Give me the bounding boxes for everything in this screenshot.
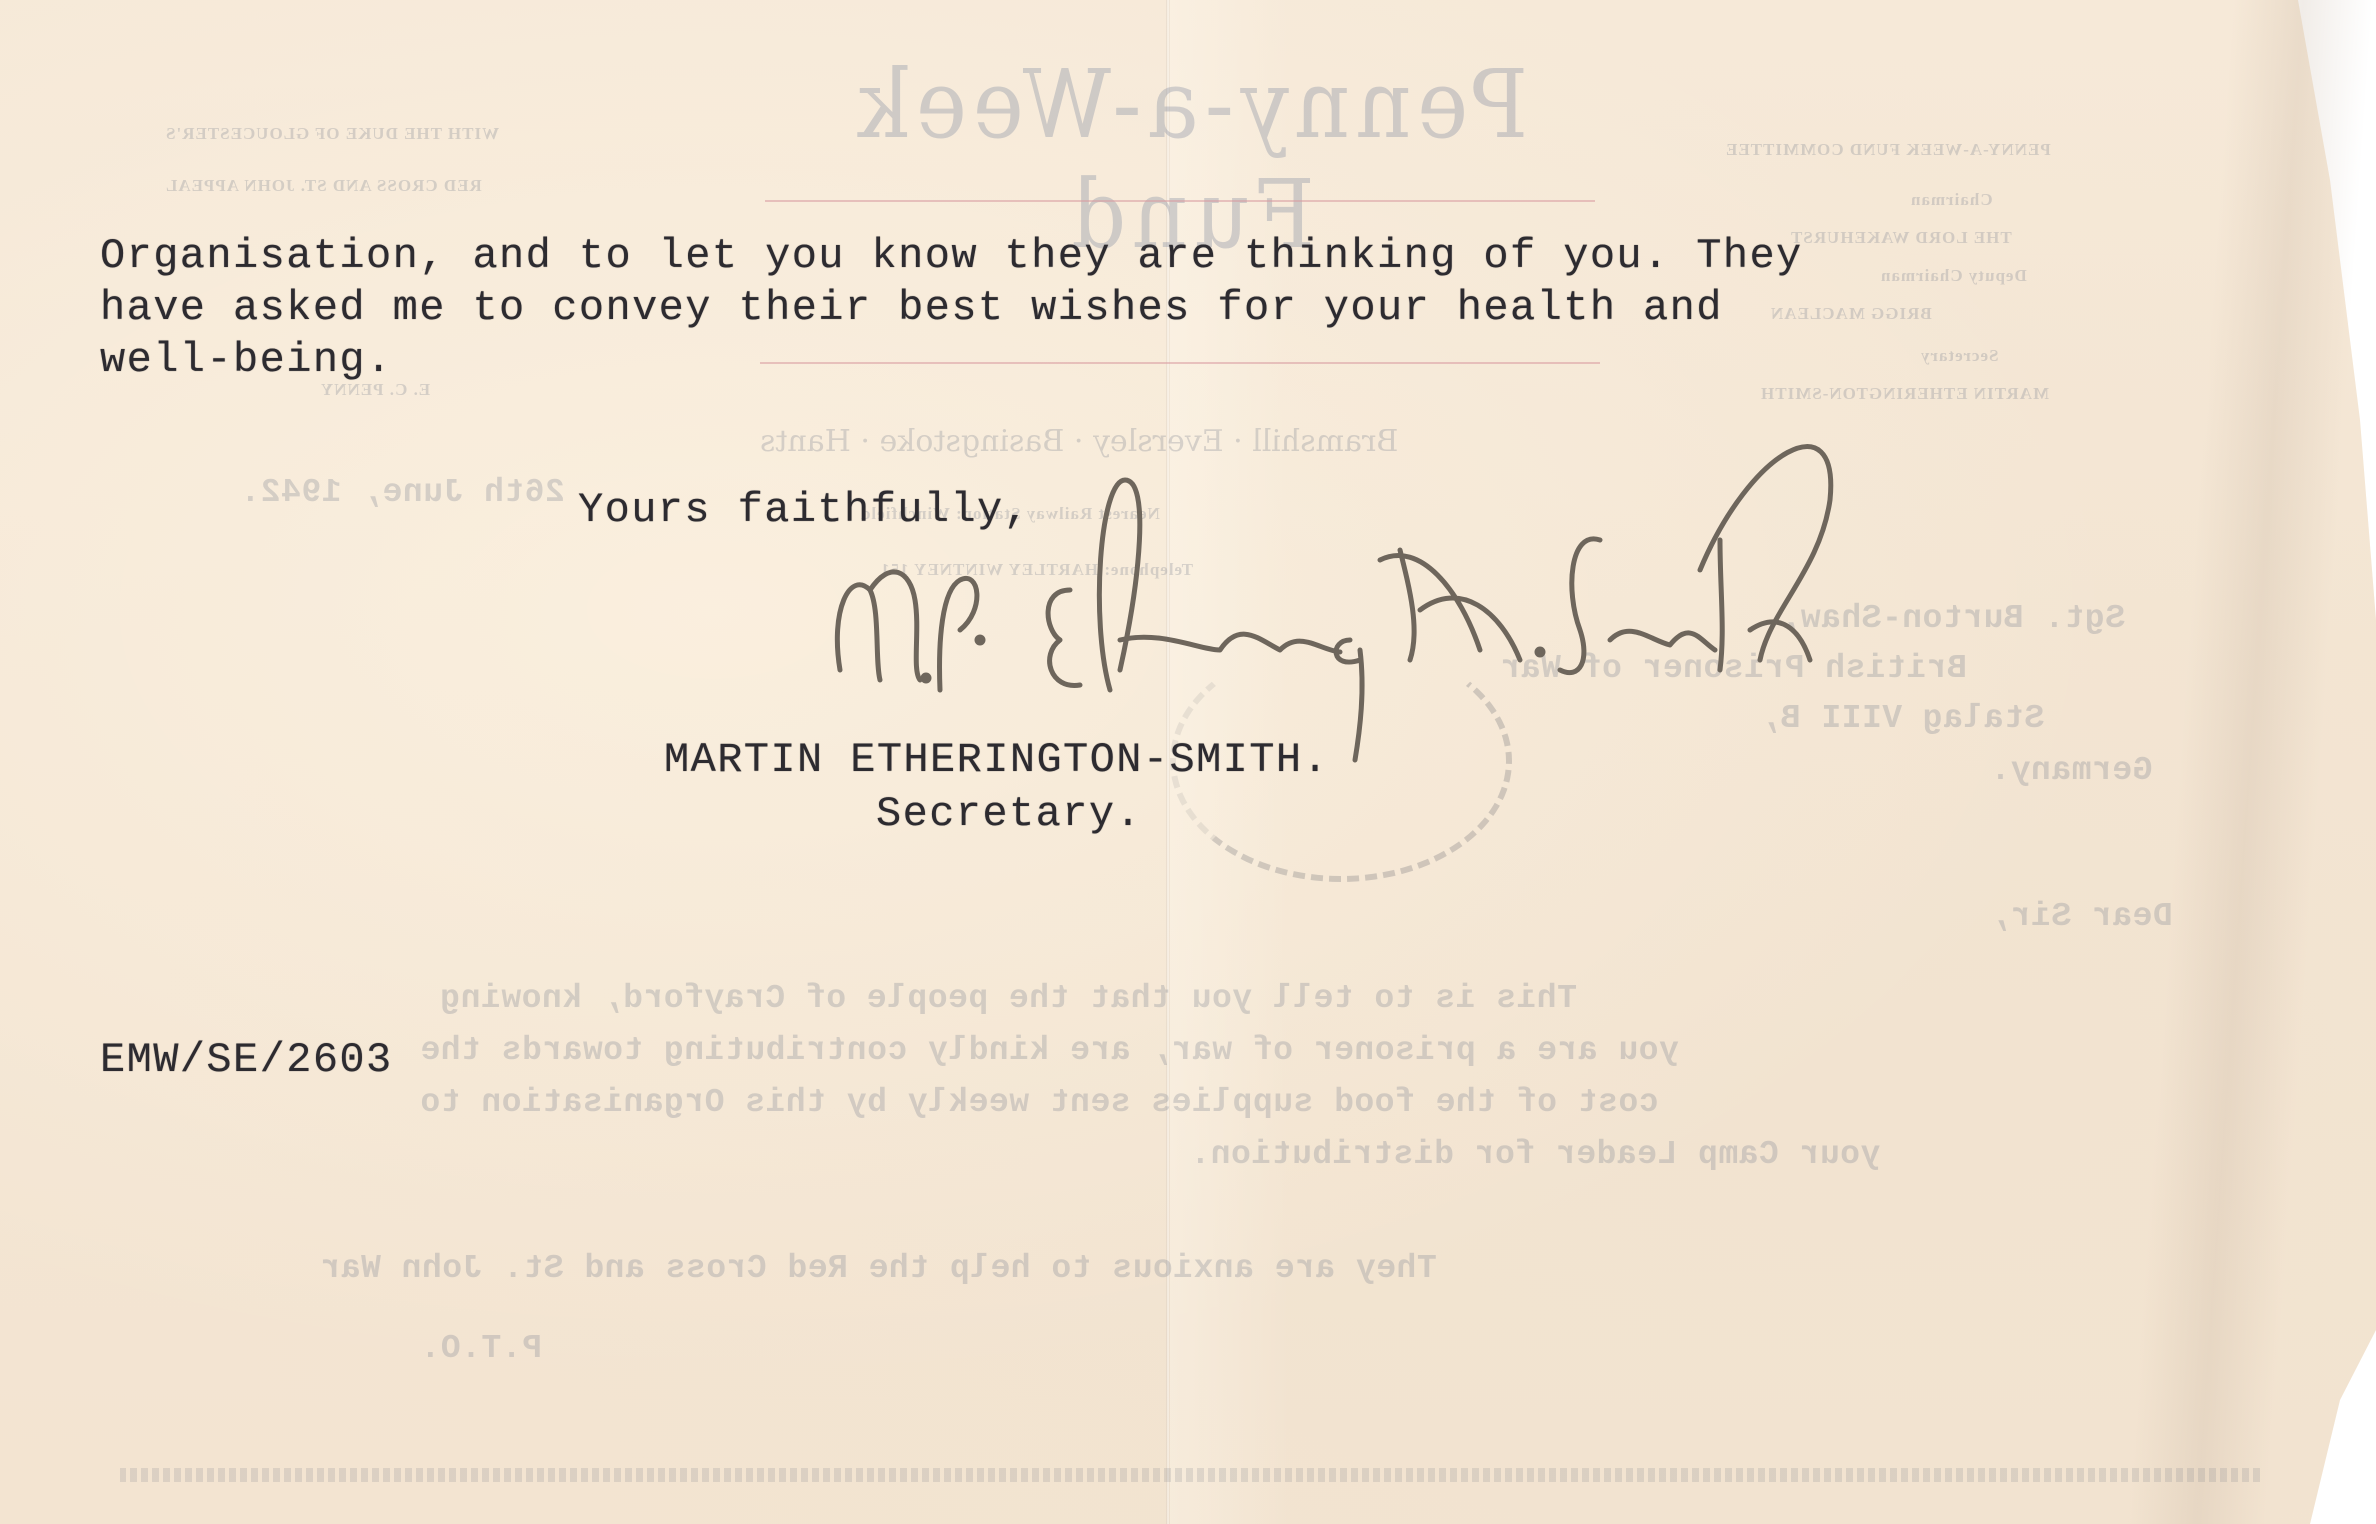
letterhead-left-line-1: WITH THE DUKE OF GLOUCESTER'S: [165, 124, 499, 144]
signatory-title: Secretary.: [876, 790, 1142, 838]
letterhead-right-line-7: MARTIN ETHERINGTON-SMITH: [1760, 384, 2049, 404]
letterhead-left-line-2: RED CROSS AND ST. JOHN APPEAL: [165, 176, 482, 196]
showthrough-salutation: Dear Sir,: [1990, 898, 2173, 935]
showthrough-body-line-5: They are anxious to help the Red Cross a…: [320, 1250, 1437, 1287]
signatory-name: MARTIN ETHERINGTON-SMITH.: [664, 736, 1329, 784]
body-line-1: Organisation, and to let you know they a…: [100, 232, 1803, 280]
letterhead-right-line-3: THE LORD WAKEHURST: [1790, 228, 2012, 248]
letter-date-showthrough: 26th June, 1942.: [240, 474, 565, 511]
showthrough-body-line-3: cost of the food supplies sent weekly by…: [420, 1084, 1659, 1121]
reference-code: EMW/SE/2603: [100, 1036, 393, 1084]
showthrough-body-line-1: This is to tell you that the people of C…: [440, 980, 1577, 1017]
letterhead-right-line-6: Secretary: [1920, 346, 1999, 366]
handwritten-signature: [820, 440, 2020, 780]
letterhead-rule-bottom: [760, 362, 1600, 364]
body-line-2: have asked me to convey their best wishe…: [100, 284, 1723, 332]
showthrough-pto: P.T.O.: [420, 1330, 542, 1367]
body-line-3: well-being.: [100, 336, 393, 384]
footer-fine-print-showthrough: [120, 1468, 2260, 1482]
showthrough-body-line-4: your Camp Leader for distribution.: [1190, 1136, 1880, 1173]
letterhead-right-line-2: Chairman: [1910, 190, 1993, 210]
letterhead-right-line-1: PENNY-A-WEEK FUND COMMITTEE: [1725, 140, 2051, 160]
letterhead-rule-top: [765, 200, 1595, 202]
letterhead-right-line-4: Deputy Chairman: [1880, 266, 2027, 286]
showthrough-body-line-2: you are a prisoner of war, are kindly co…: [420, 1032, 1679, 1069]
letterhead-right-line-5: BRIGG MACLEAN: [1770, 304, 1932, 324]
